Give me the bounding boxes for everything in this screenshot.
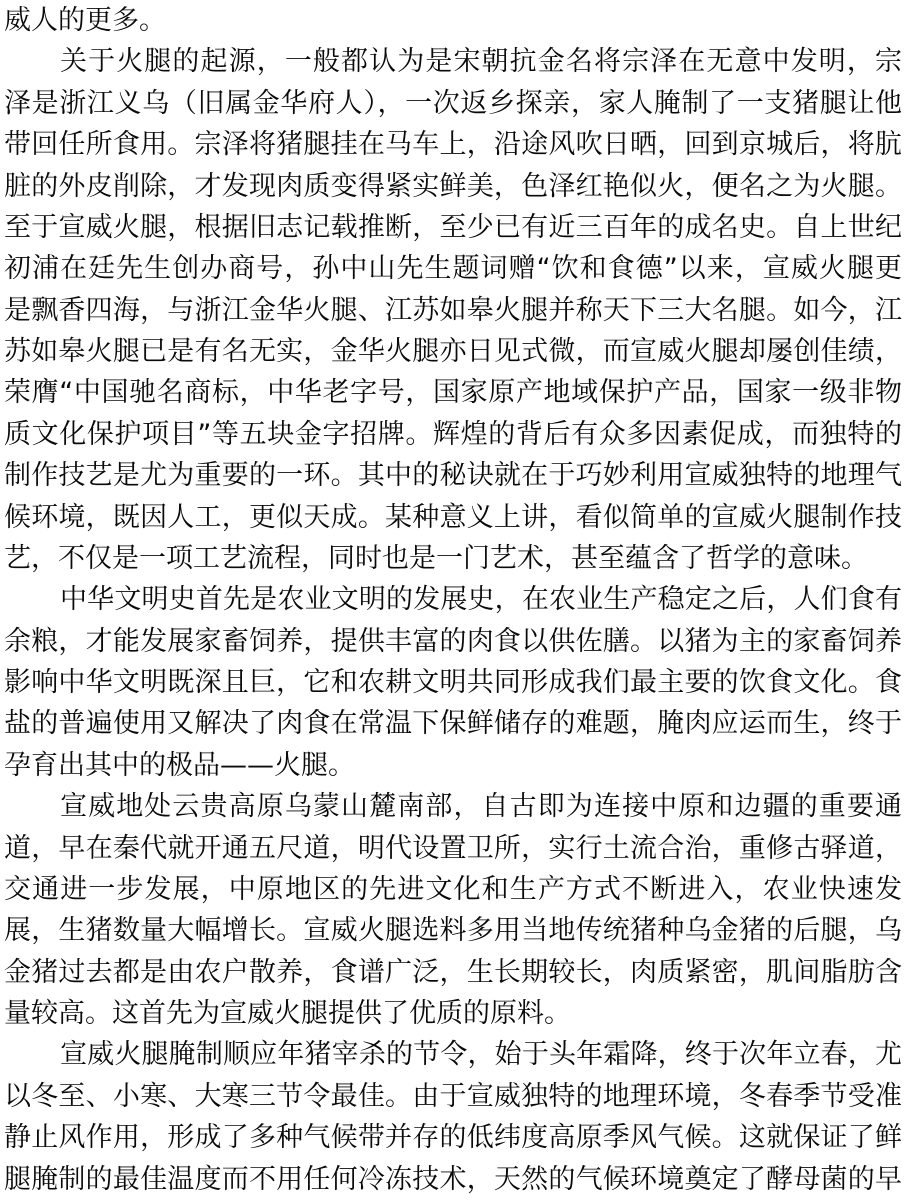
document-page: 威人的更多。关于火腿的起源，一般都认为是宋朝抗金名将宗泽在无意中发明，宗泽是浙江…: [0, 0, 905, 1200]
text-line: 宣威火腿腌制顺应年猪宰杀的节令，始于头年霜降，终于次年立春，尤: [4, 1034, 902, 1075]
text-line: 初浦在廷先生创办商号，孙中山先生题词赠“饮和食德”以来，宣威火腿更: [4, 248, 902, 289]
text-line: 孕育出其中的极品——火腿。: [4, 745, 902, 786]
text-line: 是飘香四海，与浙江金华火腿、江苏如皋火腿并称天下三大名腿。如今，江: [4, 290, 902, 331]
text-line: 中华文明史首先是农业文明的发展史，在农业生产稳定之后，人们食有: [4, 579, 902, 620]
text-line: 候环境，既因人工，更似天成。某种意义上讲，看似简单的宣威火腿制作技: [4, 497, 902, 538]
text-line: 带回任所食用。宗泽将猪腿挂在马车上，沿途风吹日晒，回到京城后，将肮: [4, 124, 902, 165]
text-line: 威人的更多。: [4, 0, 902, 41]
text-line: 道，早在秦代就开通五尺道，明代设置卫所，实行土流合治，重修古驿道，: [4, 828, 902, 869]
text-line: 金猪过去都是由农户散养，食谱广泛，生长期较长，肉质紧密，肌间脂肪含: [4, 952, 902, 993]
text-line: 影响中华文明既深且巨，它和农耕文明共同形成我们最主要的饮食文化。食: [4, 662, 902, 703]
text-line: 腿腌制的最佳温度而不用任何冷冻技术，天然的气候环境奠定了酵母菌的早: [4, 1159, 902, 1200]
text-line: 至于宣威火腿，根据旧志记载推断，至少已有近三百年的成名史。自上世纪: [4, 207, 902, 248]
text-line: 荣膺“中国驰名商标，中华老字号，国家原产地域保护产品，国家一级非物: [4, 372, 902, 413]
text-line: 以冬至、小寒、大寒三节令最佳。由于宣威独特的地理环境，冬春季节受准: [4, 1076, 902, 1117]
text-line: 静止风作用，形成了多种气候带并存的低纬度高原季风气候。这就保证了鲜: [4, 1117, 902, 1158]
text-line: 制作技艺是尤为重要的一环。其中的秘诀就在于巧妙利用宣威独特的地理气: [4, 455, 902, 496]
text-line: 盐的普遍使用又解决了肉食在常温下保鲜储存的难题，腌肉应运而生，终于: [4, 703, 902, 744]
text-line: 泽是浙江义乌（旧属金华府人），一次返乡探亲，家人腌制了一支猪腿让他: [4, 83, 902, 124]
text-line: 宣威地处云贵高原乌蒙山麓南部，自古即为连接中原和边疆的重要通: [4, 786, 902, 827]
text-line: 脏的外皮削除，才发现肉质变得紧实鲜美，色泽红艳似火，便名之为火腿。: [4, 166, 902, 207]
text-line: 苏如皋火腿已是有名无实，金华火腿亦日见式微，而宣威火腿却屡创佳绩，: [4, 331, 902, 372]
text-line: 量较高。这首先为宣威火腿提供了优质的原料。: [4, 993, 902, 1034]
text-lines: 威人的更多。关于火腿的起源，一般都认为是宋朝抗金名将宗泽在无意中发明，宗泽是浙江…: [0, 0, 905, 1200]
text-line: 交通进一步发展，中原地区的先进文化和生产方式不断进入，农业快速发: [4, 869, 902, 910]
text-line: 展，生猪数量大幅增长。宣威火腿选料多用当地传统猪种乌金猪的后腿，乌: [4, 910, 902, 951]
text-line: 余粮，才能发展家畜饲养，提供丰富的肉食以供佐膳。以猪为主的家畜饲养: [4, 621, 902, 662]
text-line: 艺，不仅是一项工艺流程，同时也是一门艺术，甚至蕴含了哲学的意味。: [4, 538, 902, 579]
text-line: 关于火腿的起源，一般都认为是宋朝抗金名将宗泽在无意中发明，宗: [4, 41, 902, 82]
text-line: 质文化保护项目”等五块金字招牌。辉煌的背后有众多因素促成，而独特的: [4, 414, 902, 455]
